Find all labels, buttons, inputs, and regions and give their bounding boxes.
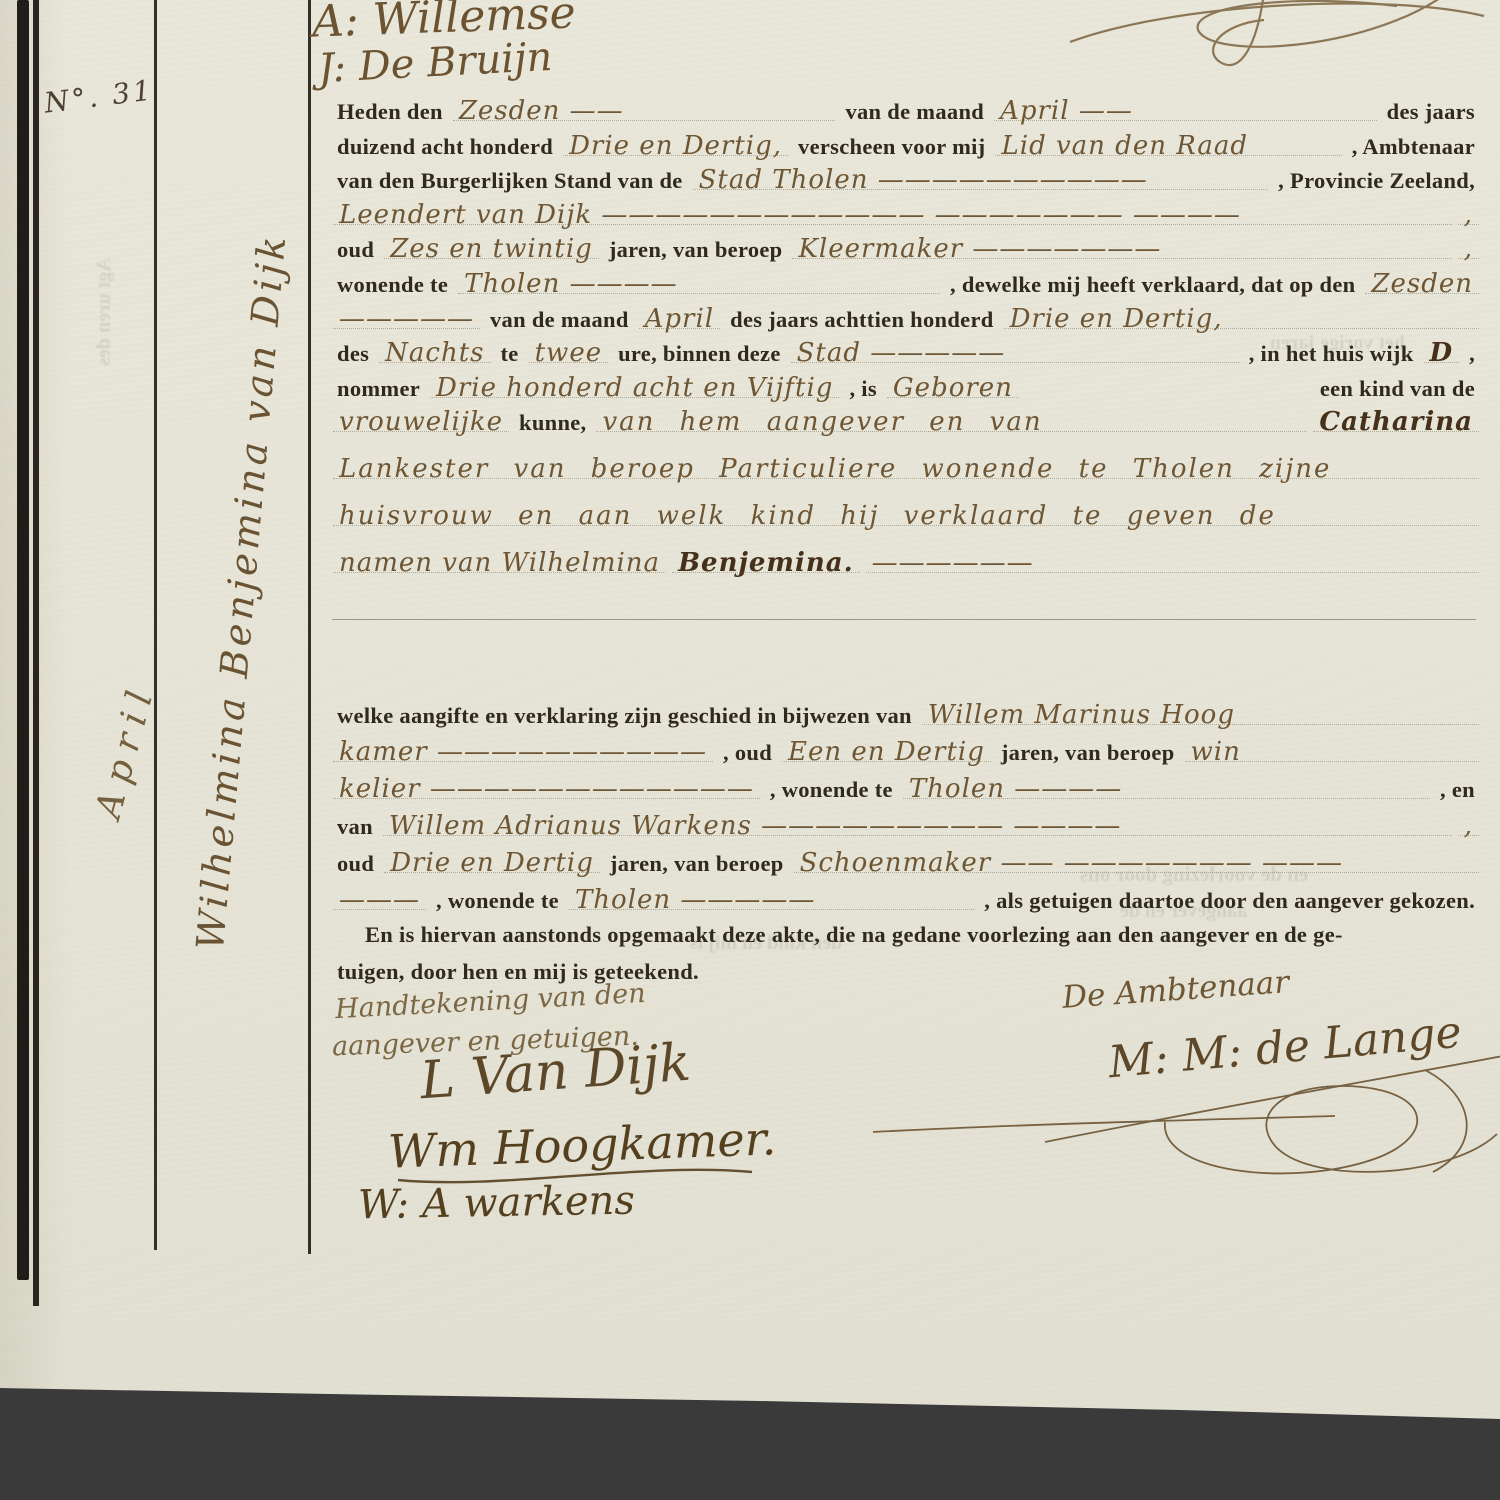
handwritten-text: namen van Wilhelmina [330,548,669,578]
print-text: een kind van de [1313,376,1482,402]
print-text: van de maand [838,99,991,125]
handwritten-text-dark: Catharina [1310,407,1482,437]
print-text: En is hiervan aanstonds opgemaakt deze a… [358,922,1350,948]
print-text: des [330,341,376,367]
print-text: van [330,814,380,840]
binding-bar [17,0,40,1280]
print-text: , Provincie Zeeland, [1271,168,1482,194]
print-text: , Ambtenaar [1345,134,1482,160]
handwritten-text: Zes en twintig [381,234,602,264]
act-line: welke aangifte en verklaring zijn geschi… [330,700,1482,737]
handwritten-text: Nachts [376,338,493,368]
handwritten-text: kelier ———————————— [330,774,763,804]
handwritten-fill: Lid van den Raad [992,131,1344,161]
print-text: des jaars [1380,99,1482,125]
act-line: Heden denZesden ——van de maandApril ——de… [330,96,1482,131]
print-text: jaren, van beroep [603,851,791,877]
bleed-through-text: Agt uren des [93,257,116,366]
act-body: Heden denZesden ——van de maandApril ——de… [330,96,1482,996]
handwritten-text: Drie en Dertig [381,848,603,878]
handwritten-fill: win [1182,737,1482,767]
handwritten-text: , [1455,200,1482,230]
print-text: jaren, van beroep [602,237,790,263]
binding-bar-stripe [17,0,29,1280]
handwritten-fill: Willem Adrianus Warkens ————————— ———— [380,811,1455,841]
print-text: ure, binnen deze [611,341,788,367]
handwritten-text: vrouwelijke [330,407,512,437]
handwritten-fill: Stad Tholen —————————— [690,165,1272,195]
print-text: kunne, [512,410,593,436]
handwritten-fill: huisvrouw en aan welk kind hij verklaard… [330,501,1482,531]
print-text: jaren, van beroep [994,740,1182,766]
print-text: , is [842,376,883,402]
handwritten-text: April [636,304,723,334]
print-text: te [494,341,526,367]
handwritten-text: Drie en Dertig, [560,131,791,161]
act-line: Leendert van Dijk ———————————— ——————— —… [330,200,1482,235]
margin-rule-left [154,0,157,1250]
handwritten-text: kamer —————————— [330,737,716,767]
act-line: duizend acht honderdDrie en Dertig,versc… [330,131,1482,166]
handwritten-fill: Tholen ————— [566,885,977,915]
act-line: ———, wonende teTholen —————, als getuige… [330,885,1482,922]
handwritten-fill: van hem aangever en van [593,407,1310,437]
print-text: , [1462,341,1482,367]
act-line: wonende teTholen ————, dewelke mij heeft… [330,269,1482,304]
act-line: En is hiervan aanstonds opgemaakt deze a… [330,922,1482,959]
act-line: vrouwelijkekunne,van hem aangever en van… [330,407,1482,454]
handwritten-fill: Zesden —— [450,96,839,126]
handwritten-text-dark: Benjemina. [669,548,863,578]
signature-witness-warkens: W: A warkens [358,1178,636,1229]
act-line: huisvrouw en aan welk kind hij verklaard… [330,501,1482,548]
print-text: wonende te [330,272,455,298]
print-text: , in het huis wijk [1242,341,1421,367]
handwritten-fill: Lankester van beroep Particuliere wonend… [330,454,1482,484]
handwritten-fill: Stad ————— [788,338,1242,368]
handwritten-text: ————— [330,304,483,334]
handwritten-fill: Willem Marinus Hoog [919,700,1482,730]
print-text: oud [330,237,381,263]
act-line: Lankester van beroep Particuliere wonend… [330,454,1482,501]
document-scan: N°. 31 April Wilhelmina Benjemina van Di… [0,0,1500,1500]
act-line: oudDrie en Dertigjaren, van beroepSchoen… [330,848,1482,885]
act-line: nommerDrie honderd acht en Vijftig, isGe… [330,373,1482,408]
act-line: kamer ——————————, oudEen en Dertigjaren,… [330,737,1482,774]
handwritten-text: ——— [330,885,429,915]
handwritten-text-dark: D [1421,338,1463,368]
act-line: —————van de maandAprildes jaars achttien… [330,304,1482,339]
print-text: oud [330,851,381,877]
print-text: des jaars achttien honderd [723,307,1000,333]
print-text: verscheen voor mij [791,134,992,160]
print-text: , als getuigen daartoe door den aangever… [977,888,1482,914]
handwritten-text: Drie honderd acht en Vijftig [427,373,842,403]
handwritten-fill: Kleermaker ——————— [789,234,1454,264]
handwritten-fill: Drie en Dertig, [1001,304,1482,334]
act-line: namen van WilhelminaBenjemina.—————— [330,548,1482,595]
print-text: tuigen, door hen en mij is geteekend. [330,959,706,985]
handwritten-text: twee [526,338,611,368]
handwritten-fill: Tholen ———— [455,269,943,299]
act-line: van den Burgerlijken Stand van deStad Th… [330,165,1482,200]
print-text: welke aangifte en verklaring zijn geschi… [330,703,919,729]
print-text: , wonende te [429,888,566,914]
print-text: Heden den [330,99,450,125]
print-text: , oud [716,740,779,766]
print-text: nommer [330,376,427,402]
print-text: , wonende te [763,777,900,803]
margin-rule-right [308,0,311,1254]
handwritten-text: , [1455,811,1482,841]
print-text: , dewelke mij heeft verklaard, dat op de… [943,272,1362,298]
handwritten-fill: Leendert van Dijk ———————————— ——————— —… [330,200,1455,230]
act-line: kelier ————————————, wonende teTholen ——… [330,774,1482,811]
print-text: , en [1433,777,1482,803]
handwritten-fill: Schoenmaker —— ——————— ——— [791,848,1482,878]
binding-bar-stripe [33,0,39,1306]
act-paragraph-main: Heden denZesden ——van de maandApril ——de… [330,96,1482,595]
print-text: van de maand [483,307,636,333]
handwritten-text: Een en Dertig [779,737,994,767]
handwritten-fill: Tholen ———— [900,774,1433,804]
print-text: duizend acht honderd [330,134,560,160]
print-text: van den Burgerlijken Stand van de [330,168,690,194]
act-line: vanWillem Adrianus Warkens ————————— ———… [330,811,1482,848]
handwritten-fill: —————— [863,548,1482,578]
handwritten-text: Zesden [1362,269,1482,299]
handwritten-text: , [1455,234,1482,264]
act-paragraph-witnesses: welke aangifte en verklaring zijn geschi… [330,700,1482,996]
act-line: oudZes en twintigjaren, van beroepKleerm… [330,234,1482,269]
blank-gap [330,620,1482,700]
act-line: desNachtstetweeure, binnen dezeStad ————… [330,338,1482,373]
handwritten-fill: April —— [991,96,1380,126]
handwritten-text: Geboren [884,373,1022,403]
